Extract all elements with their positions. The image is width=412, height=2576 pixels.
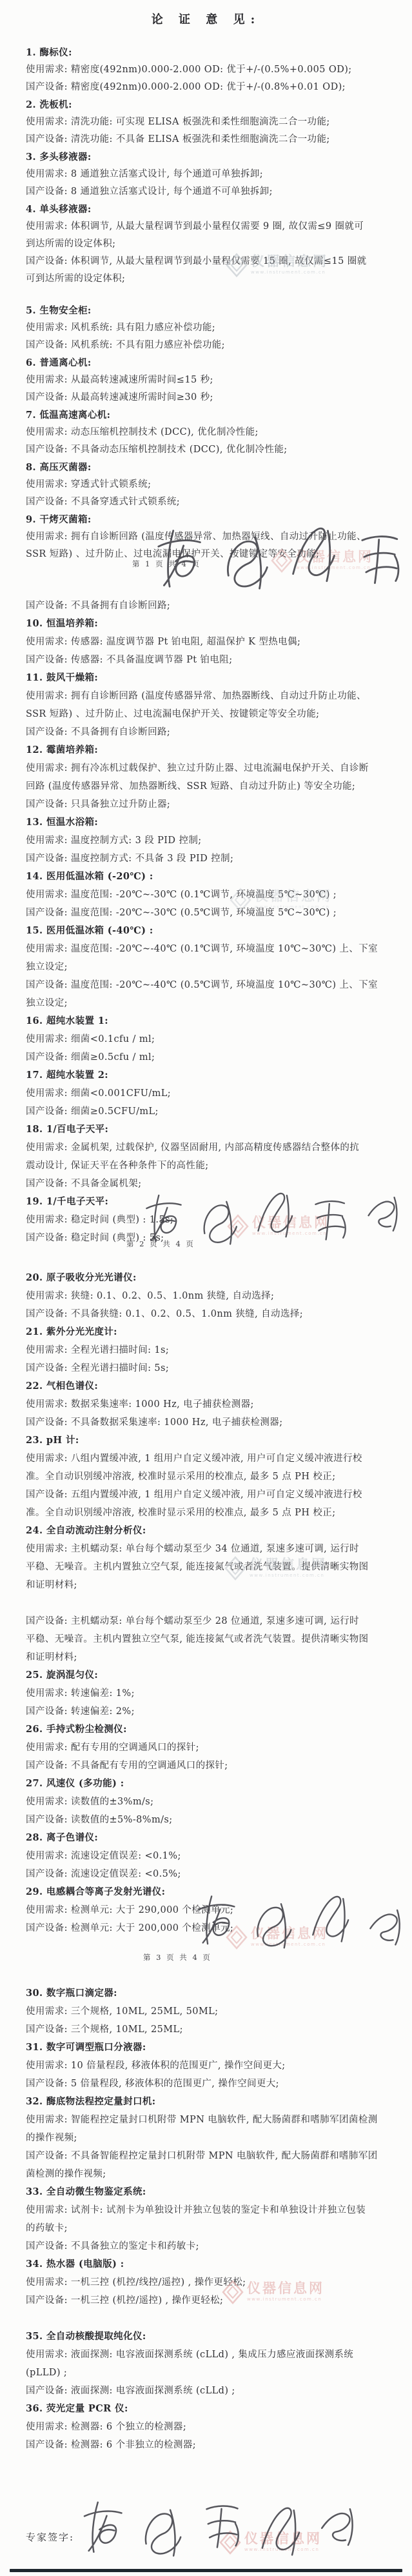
item-heading: 18. 1/百电子天平: [26, 1121, 397, 1139]
domestic-equipment-line: 国产设备: 三个规格, 10ML, 25ML; [26, 2021, 397, 2039]
domestic-equipment-line: 国产设备: 五组内置缓冲液, 1 组用户自定义缓冲液, 用户可自定义缓冲液进行校 [26, 1486, 397, 1504]
item-heading: 35. 全自动核酸提取纯化仪: [26, 2328, 397, 2346]
domestic-equipment-line: 国产设备: 8 通道独立活塞式设计, 每个通道不可单独拆卸; [26, 183, 397, 201]
equipment-item: 8. 高压灭菌器:使用需求: 穿透式针式锁系统;国产设备: 不具备穿透式针式锁系… [26, 459, 397, 511]
equipment-item: 29. 电感耦合等离子发射光谱仪:使用需求: 检测单元: 大于 290,000 … [26, 1883, 397, 1937]
usage-requirement-line: 使用需求: 读数值的±3%m/s; [26, 1793, 397, 1811]
item-heading: 3. 多头移液器: [26, 148, 397, 166]
domestic-equipment-line: 国产设备: 不具备数据采集速率: 1000 Hz, 电子捕获检测器; [26, 1413, 397, 1432]
item-heading: 1. 酶标仪: [26, 44, 397, 61]
usage-requirement-line: 使用需求: 风机系统: 具有阻力感应补偿功能; [26, 319, 397, 337]
domestic-equipment-line: 国产设备: 不具备金属机架; [26, 1175, 397, 1193]
domestic-equipment-line: 国产设备: 不具备智能程控定量封口机附带 MPN 电脑软件, 配大肠菌群和嗜肺军… [26, 2147, 397, 2165]
domestic-equipment-line: 国产设备: 液面探测: 电容液面探测系统 (cLLd) ; [26, 2382, 397, 2400]
item-heading: 34. 热水器 (电脑版) : [26, 2255, 397, 2273]
equipment-item: 20. 原子吸收分光光谱仪:使用需求: 狭缝: 0.1、0.2、0.5、1.0n… [26, 1269, 397, 1323]
equipment-item: 21. 紫外分光光度计:使用需求: 全程光谱扫描时间: 1s;国产设备: 全程光… [26, 1323, 397, 1377]
usage-requirement-line: 使用需求: 狭缝: 0.1、0.2、0.5、1.0nm 狭缝, 自动选择; [26, 1287, 397, 1305]
domestic-equipment-line: 国产设备: 不具备独立的鉴定卡和药敏卡; [26, 2237, 397, 2255]
item-heading: 24. 全自动流动注射分析仪: [26, 1522, 397, 1540]
domestic-equipment-line: 国产设备: 细菌≥0.5CFU/mL; [26, 1103, 397, 1121]
domestic-equipment-line: 国产设备: 不具备动态压缩机控制技术 (DCC), 优化制冷性能; [26, 441, 397, 459]
text-line: 可到达所需的设定体积; [26, 270, 397, 288]
equipment-item: 12. 霉菌培养箱:使用需求: 拥有冷冻机过载保护、独立过升防止器、过电流漏电保… [26, 741, 397, 814]
domestic-equipment-line: 国产设备: 全程光谱扫描时间: 5s; [26, 1359, 397, 1377]
item-heading: 23. pH 计: [26, 1432, 397, 1450]
equipment-item: 25. 旋涡混匀仪:使用需求: 转速偏差: 1%;国产设备: 转速偏差: 2%; [26, 1666, 397, 1721]
domestic-equipment-line: 国产设备: 检测器: 6 个非独立的检测器; [26, 2436, 397, 2454]
equipment-item: 24. 全自动流动注射分析仪:使用需求: 主机蠕动泵: 单台每个蠕动泵至少 34… [26, 1522, 397, 1666]
equipment-item: 30. 数字瓶口滴定器:使用需求: 三个规格, 10ML, 25ML, 50ML… [26, 1984, 397, 2039]
item-heading: 28. 离子色谱仪: [26, 1829, 397, 1847]
item-heading: 12. 霉菌培养箱: [26, 741, 397, 759]
domestic-equipment-line: 国产设备: 温度控制方式: 不具备 3 段 PID 控制; [26, 850, 397, 868]
item-heading: 13. 恒温水浴箱: [26, 814, 397, 832]
scan-bottom-edge [10, 2569, 402, 2572]
item-heading: 31. 数字可调型瓶口分液器: [26, 2039, 397, 2057]
item-heading: 25. 旋涡混匀仪: [26, 1666, 397, 1684]
item-heading: 16. 超纯水装置 1: [26, 1012, 397, 1030]
text-line: 平稳、无噪音。主机内置独立空气泵, 能连接氮气或者洗气装置。提供清晰实物图 [26, 1558, 397, 1576]
text-line: 平稳、无噪音。主机内置独立空气泵, 能连接氮气或者洗气装置。提供清晰实物图 [26, 1630, 397, 1648]
usage-requirement-line: 使用需求: 清洗功能: 可实现 ELISA 板强洗和柔性细胞滴洗二合一功能; [26, 114, 397, 131]
equipment-item: 23. pH 计:使用需求: 八组内置缓冲液, 1 组用户自定义缓冲液, 用户可… [26, 1432, 397, 1522]
text-line: SSR 短路) 、过升防止、过电流漏电保护开关、按键锁定等安全功能; [26, 546, 397, 563]
item-heading: 36. 荧光定量 PCR 仪: [26, 2400, 397, 2418]
usage-requirement-line: 使用需求: 温度范围: -20℃~-30℃ (0.1℃调节, 环境温度 5℃~3… [26, 886, 397, 904]
item-heading: 11. 鼓风干燥箱: [26, 669, 397, 687]
domestic-equipment-line: 国产设备: 不具备拥有自诊断回路; [26, 597, 397, 615]
usage-requirement-line: 使用需求: 动态压缩机控制技术 (DCC), 优化制冷性能; [26, 424, 397, 441]
text-line: SSR 短路) 、过升防止、过电流漏电保护开关、按键锁定等安全功能; [26, 705, 397, 723]
expert-signature-label: 专家签字: [26, 2530, 74, 2544]
text-line: 的操作视频; [26, 2129, 397, 2147]
page-title: 论 证 意 见: [0, 10, 412, 27]
document-page-3: 20. 原子吸收分光光谱仪:使用需求: 狭缝: 0.1、0.2、0.5、1.0n… [0, 1269, 412, 1937]
equipment-item: 35. 全自动核酸提取纯化仪:使用需求: 液面探测: 电容液面探测系统 (cLL… [26, 2328, 397, 2400]
equipment-item: 18. 1/百电子天平:使用需求: 金属机架, 过载保护, 仪器坚固耐用, 内部… [26, 1121, 397, 1193]
item-heading: 21. 紫外分光光度计: [26, 1323, 397, 1341]
equipment-item: 33. 全自动微生物鉴定系统:使用需求: 试剂卡: 试剂卡为单独设计并独立包装的… [26, 2183, 397, 2255]
equipment-item: 16. 超纯水装置 1:使用需求: 细菌<0.1cfu / ml;国产设备: 细… [26, 1012, 397, 1066]
text-line: 菌检测的操作视频; [26, 2165, 397, 2183]
signature-stroke [262, 2508, 300, 2555]
item-heading: 14. 医用低温冰箱 (-20℃) : [26, 868, 397, 886]
document-page-2: 国产设备: 不具备拥有自诊断回路;10. 恒温培养箱:使用需求: 传感器: 温度… [0, 597, 412, 1247]
item-heading: 5. 生物安全柜: [26, 302, 397, 319]
text-line: 到达所需的设定体积; [26, 235, 397, 253]
domestic-equipment-line: 国产设备: 风机系统: 不具有阻力感应补偿功能; [26, 337, 397, 354]
usage-requirement-line: 使用需求: 从最高转速减速所需时间≤15 秒; [26, 372, 397, 389]
page-footer: 第 1 页 共 4 页 [132, 559, 201, 569]
signature-stroke [322, 2509, 353, 2546]
equipment-item: 27. 风速仪 (多功能) :使用需求: 读数值的±3%m/s;国产设备: 读数… [26, 1775, 397, 1829]
domestic-equipment-line: 国产设备: 读数值的±5%-8%m/s; [26, 1811, 397, 1829]
usage-requirement-line: 使用需求: 稳定时间 (典型) : 1.5s; [26, 1211, 397, 1229]
equipment-item: 国产设备: 不具备拥有自诊断回路; [26, 597, 397, 615]
domestic-equipment-line: 国产设备: 流速设定值误差: <0.5%; [26, 1865, 397, 1883]
item-heading: 17. 超纯水装置 2: [26, 1066, 397, 1084]
text-line: 和证明材料; [26, 1576, 397, 1594]
usage-requirement-line: 使用需求: 主机蠕动泵: 单台每个蠕动泵至少 34 位通道, 泵速多速可调, 运… [26, 1540, 397, 1558]
equipment-item: 14. 医用低温冰箱 (-20℃) :使用需求: 温度范围: -20℃~-30℃… [26, 868, 397, 922]
item-heading: 2. 洗板机: [26, 96, 397, 114]
text-line: 独立设定; [26, 994, 397, 1012]
usage-requirement-line: 使用需求: 传感器: 温度调节器 Pt 铂电阻, 超温保护 K 型热电偶; [26, 633, 397, 651]
domestic-equipment-line: 国产设备: 只具备独立过升防止器; [26, 795, 397, 814]
usage-requirement-line: 使用需求: 温度范围: -20℃~-40℃ (0.1℃调节, 环境温度 10℃~… [26, 940, 397, 958]
equipment-item: 31. 数字可调型瓶口分液器:使用需求: 10 倍量程段, 移液体积的范围更广,… [26, 2039, 397, 2093]
domestic-equipment-line: 国产设备: 一机三控 (机控/遥控) , 操作更轻松; [26, 2291, 397, 2310]
domestic-equipment-line: 国产设备: 主机蠕动泵: 单台每个蠕动泵至少 28 位通道, 泵速多速可调, 运… [26, 1612, 397, 1630]
handwritten-signatures [72, 2486, 366, 2571]
equipment-item: 1. 酶标仪:使用需求: 精密度(492nm)0.000-2.000 OD: 优… [26, 44, 397, 96]
usage-requirement-line: 使用需求: 拥有自诊断回路 (温度传感器异常、加热器断线、自动过升防止功能、 [26, 687, 397, 705]
paragraph-gap [26, 2310, 397, 2328]
text-line: 准。全自动识别缓冲溶液, 校准时显示采用的校准点, 最多 5 点 PH 校正; [26, 1504, 397, 1522]
usage-requirement-line: 使用需求: 10 倍量程段, 移液体积的范围更广, 操作空间更大; [26, 2057, 397, 2075]
domestic-equipment-line: 国产设备: 检测单元: 大于 200,000 个检测单元; [26, 1919, 397, 1937]
item-heading: 20. 原子吸收分光光谱仪: [26, 1269, 397, 1287]
domestic-equipment-line: 国产设备: 稳定时间 (典型) : 5s; [26, 1229, 397, 1247]
text-line: 独立设定; [26, 958, 397, 976]
equipment-item: 2. 洗板机:使用需求: 清洗功能: 可实现 ELISA 板强洗和柔性细胞滴洗二… [26, 96, 397, 148]
watermark-site-url: www.instrument.com.cn [251, 1942, 328, 1948]
item-heading: 9. 干烤灭菌箱: [26, 511, 397, 528]
text-line: 回路 (温度传感器异常、加热器断线、SSR 短路、自动过升防止) 等安全功能; [26, 777, 397, 795]
domestic-equipment-line: 国产设备: 精密度(492nm)0.000-2.000 OD: 优于+/-(0.… [26, 79, 397, 96]
equipment-item: 4. 单头移液器:使用需求: 体积调节, 从最大量程调节到最小量程仅需要 9 圈… [26, 201, 397, 288]
usage-requirement-line: 使用需求: 智能程控定量封口机附带 MPN 电脑软件, 配大肠菌群和嗜肺军团菌检… [26, 2111, 397, 2129]
domestic-equipment-line: 国产设备: 清洗功能: 不具备 ELISA 板强洗和柔性细胞滴洗二合一功能; [26, 131, 397, 148]
item-heading: 33. 全自动微生物鉴定系统: [26, 2183, 397, 2201]
domestic-equipment-line: 国产设备: 转速偏差: 2%; [26, 1702, 397, 1721]
equipment-item: 11. 鼓风干燥箱:使用需求: 拥有自诊断回路 (温度传感器异常、加热器断线、自… [26, 669, 397, 741]
text-line: 的药敏卡; [26, 2219, 397, 2237]
domestic-equipment-line: 国产设备: 从最高转速减速所需时间≥30 秒; [26, 389, 397, 406]
domestic-equipment-line: 国产设备: 不具备配有专用的空调通风口的探针; [26, 1757, 397, 1775]
signature-stroke [84, 2502, 123, 2552]
usage-requirement-line: 使用需求: 8 通道独立活塞式设计, 每个通道可单独拆卸; [26, 166, 397, 183]
domestic-equipment-line: 国产设备: 温度范围: -20℃~-40℃ (0.5℃调节, 环境温度 10℃~… [26, 976, 397, 994]
equipment-item: 7. 低温高速离心机:使用需求: 动态压缩机控制技术 (DCC), 优化制冷性能… [26, 406, 397, 459]
item-heading: 6. 普通离心机: [26, 354, 397, 372]
text-line: (pLLD) ; [26, 2364, 397, 2382]
equipment-item: 28. 离子色谱仪:使用需求: 流速设定值误差: <0.1%;国产设备: 流速设… [26, 1829, 397, 1883]
equipment-item: 9. 干烤灭菌箱:使用需求: 拥有自诊断回路 (温度传感器异常、加热器短线、自动… [26, 511, 397, 563]
page-footer: 第 3 页 共 4 页 [143, 1952, 211, 1962]
item-heading: 32. 酶底物法程控定量封口机: [26, 2093, 397, 2111]
equipment-item: 32. 酶底物法程控定量封口机:使用需求: 智能程控定量封口机附带 MPN 电脑… [26, 2093, 397, 2183]
usage-requirement-line: 使用需求: 液面探测: 电容液面探测系统 (cLLd) , 集成压力感应液面探测… [26, 2346, 397, 2364]
usage-requirement-line: 使用需求: 八组内置缓冲液, 1 组用户自定义缓冲液, 用户可自定义缓冲液进行校 [26, 1450, 397, 1468]
usage-requirement-line: 使用需求: 细菌<0.001CFU/mL; [26, 1084, 397, 1103]
item-heading: 10. 恒温培养箱: [26, 615, 397, 633]
equipment-item: 36. 荧光定量 PCR 仪:使用需求: 检测器: 6 个独立的检测器;国产设备… [26, 2400, 397, 2454]
document-page-4: 30. 数字瓶口滴定器:使用需求: 三个规格, 10ML, 25ML, 50ML… [0, 1984, 412, 2454]
text-line: 震动设计, 保证天平在各种条件下的高性能; [26, 1157, 397, 1175]
usage-requirement-line: 使用需求: 细菌<0.1cfu / ml; [26, 1030, 397, 1048]
item-heading: 19. 1/千电子天平: [26, 1193, 397, 1211]
paragraph-gap [26, 288, 397, 302]
watermark-site-name: 仪器信息网 [244, 2530, 322, 2547]
domestic-equipment-line: 国产设备: 不具备狭缝: 0.1、0.2、0.5、1.0nm 狭缝, 自动选择; [26, 1305, 397, 1323]
item-heading: 29. 电感耦合等离子发射光谱仪: [26, 1883, 397, 1901]
usage-requirement-line: 使用需求: 精密度(492nm)0.000-2.000 OD: 优于+/-(0.… [26, 61, 397, 79]
usage-requirement-line: 使用需求: 金属机架, 过载保护, 仪器坚固耐用, 内部高精度传感器结合整体的抗 [26, 1139, 397, 1157]
item-heading: 27. 风速仪 (多功能) : [26, 1775, 397, 1793]
equipment-item: 34. 热水器 (电脑版) :使用需求: 一机三控 (机控/线控/遥控) , 操… [26, 2255, 397, 2310]
item-heading: 30. 数字瓶口滴定器: [26, 1984, 397, 2002]
equipment-item: 5. 生物安全柜:使用需求: 风机系统: 具有阻力感应补偿功能;国产设备: 风机… [26, 302, 397, 354]
watermark-text-block: 仪器信息网www.instrument.com.cn [244, 2530, 322, 2553]
equipment-item: 15. 医用低温冰箱 (-40℃) :使用需求: 温度范围: -20℃~-40℃… [26, 922, 397, 1012]
equipment-item: 22. 气相色谱仪:使用需求: 数据采集速率: 1000 Hz, 电子捕获检测器… [26, 1377, 397, 1432]
item-heading: 15. 医用低温冰箱 (-40℃) : [26, 922, 397, 940]
usage-requirement-line: 使用需求: 拥有自诊断回路 (温度传感器异常、加热器短线、自动过升防止功能、 [26, 528, 397, 546]
usage-requirement-line: 使用需求: 转速偏差: 1%; [26, 1684, 397, 1702]
text-line: 准。全自动识别缓冲溶液, 校准时显示采用的校准点, 最多 5 点 PH 校正; [26, 1468, 397, 1486]
signature-stroke [145, 2510, 181, 2556]
equipment-item: 3. 多头移液器:使用需求: 8 通道独立活塞式设计, 每个通道可单独拆卸;国产… [26, 148, 397, 201]
usage-requirement-line: 使用需求: 全程光谱扫描时间: 1s; [26, 1341, 397, 1359]
document-page-1: 1. 酶标仪:使用需求: 精密度(492nm)0.000-2.000 OD: 优… [0, 44, 412, 563]
usage-requirement-line: 使用需求: 检测器: 6 个独立的检测器; [26, 2418, 397, 2436]
usage-requirement-line: 使用需求: 体积调节, 从最大量程调节到最小量程仅需要 9 圈, 故仅需≤9 圈… [26, 218, 397, 235]
item-heading: 7. 低温高速离心机: [26, 406, 397, 424]
text-line: 和证明材料; [26, 1648, 397, 1666]
equipment-item: 19. 1/千电子天平:使用需求: 稳定时间 (典型) : 1.5s;国产设备:… [26, 1193, 397, 1247]
domestic-equipment-line: 国产设备: 细菌≥0.5cfu / ml; [26, 1048, 397, 1066]
domestic-equipment-line: 国产设备: 温度范围: -20℃~-30℃ (0.5℃调节, 环境温度 5℃~3… [26, 904, 397, 922]
equipment-item: 17. 超纯水装置 2:使用需求: 细菌<0.001CFU/mL;国产设备: 细… [26, 1066, 397, 1121]
watermark-diamond-logo-icon [219, 2530, 241, 2557]
item-heading: 26. 手持式粉尘检测仪: [26, 1721, 397, 1739]
domestic-equipment-line: 国产设备: 体积调节, 从最大量程调节到最小量程仅需要 15 圈, 故仅需≤15… [26, 253, 397, 270]
domestic-equipment-line: 国产设备: 传感器: 不具备温度调节器 Pt 铂电阻; [26, 651, 397, 669]
site-watermark: 仪器信息网www.instrument.com.cn [219, 2530, 322, 2557]
watermark-site-url: www.instrument.com.cn [296, 565, 373, 571]
equipment-item: 26. 手持式粉尘检测仪:使用需求: 配有专用的空调通风口的探针;国产设备: 不… [26, 1721, 397, 1775]
usage-requirement-line: 使用需求: 拥有冷冻机过载保护、独立过升防止器、过电流漏电保护开关、自诊断 [26, 759, 397, 777]
usage-requirement-line: 使用需求: 流速设定值误差: <0.1%; [26, 1847, 397, 1865]
usage-requirement-line: 使用需求: 温度控制方式: 3 段 PID 控制; [26, 832, 397, 850]
usage-requirement-line: 使用需求: 检测单元: 大于 290,000 个检测单元; [26, 1901, 397, 1919]
usage-requirement-line: 使用需求: 三个规格, 10ML, 25ML, 50ML; [26, 2002, 397, 2021]
usage-requirement-line: 使用需求: 数据采集速率: 1000 Hz, 电子捕获检测器; [26, 1395, 397, 1413]
equipment-item: 13. 恒温水浴箱:使用需求: 温度控制方式: 3 段 PID 控制;国产设备:… [26, 814, 397, 868]
domestic-equipment-line: 国产设备: 不具备拥有自诊断回路; [26, 723, 397, 741]
usage-requirement-line: 使用需求: 配有专用的空调通风口的探针; [26, 1739, 397, 1757]
text-line [26, 1594, 397, 1612]
usage-requirement-line: 使用需求: 试剂卡: 试剂卡为单独设计并独立包装的鉴定卡和单独设计并独立包装 [26, 2201, 397, 2219]
equipment-item: 6. 普通离心机:使用需求: 从最高转速减速所需时间≤15 秒;国产设备: 从最… [26, 354, 397, 406]
domestic-equipment-line: 国产设备: 5 倍量程段, 移液体积的范围更广, 操作空间更大; [26, 2075, 397, 2093]
item-heading: 22. 气相色谱仪: [26, 1377, 397, 1395]
equipment-item: 10. 恒温培养箱:使用需求: 传感器: 温度调节器 Pt 铂电阻, 超温保护 … [26, 615, 397, 669]
item-heading: 4. 单头移液器: [26, 201, 397, 218]
signature-stroke [206, 2506, 239, 2548]
usage-requirement-line: 使用需求: 穿透式针式锁系统; [26, 476, 397, 494]
usage-requirement-line: 使用需求: 一机三控 (机控/线控/遥控) , 操作更轻松; [26, 2273, 397, 2291]
page-footer: 第 2 页 共 4 页 [126, 1239, 195, 1249]
watermark-site-url: www.instrument.com.cn [244, 2547, 322, 2553]
domestic-equipment-line: 国产设备: 不具备穿透式针式锁系统; [26, 494, 397, 511]
item-heading: 8. 高压灭菌器: [26, 459, 397, 476]
